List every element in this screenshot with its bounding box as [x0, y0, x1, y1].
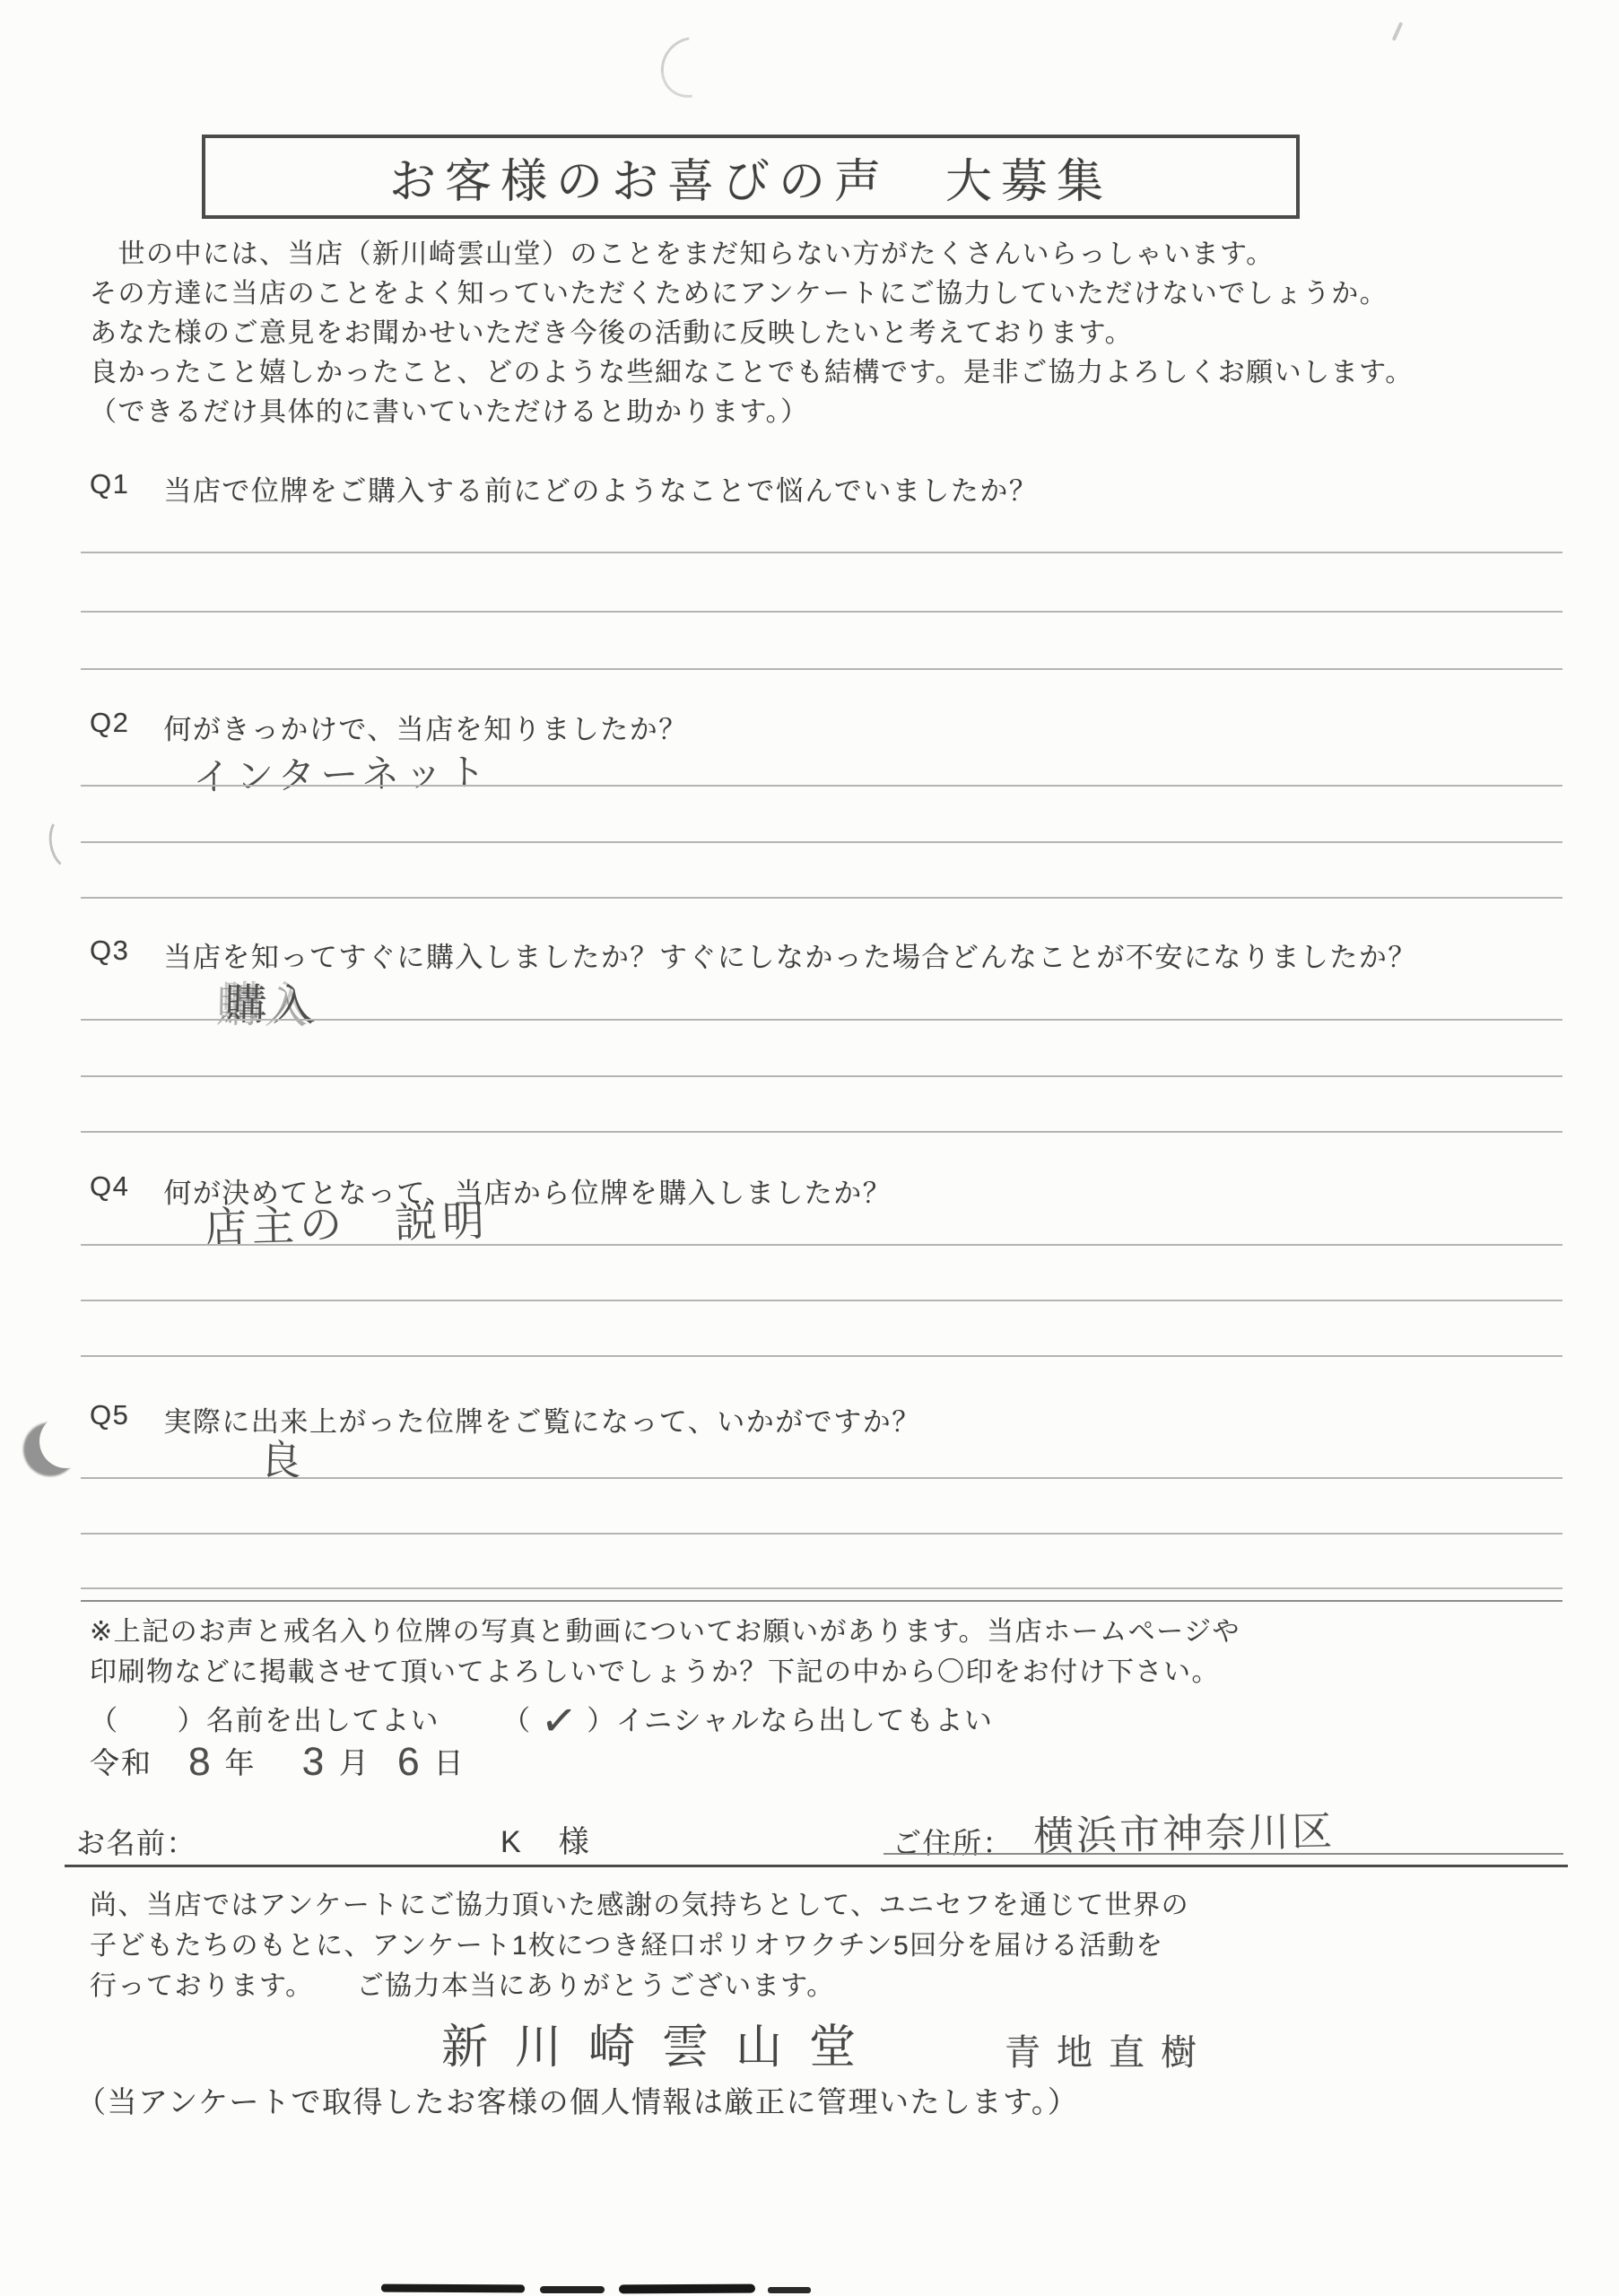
question-number: Q2 [90, 707, 129, 747]
day-unit: 日 [433, 1740, 465, 1782]
question-text: 何がきっかけで、当店を知りましたか？ [163, 707, 687, 747]
scan-tick-artifact [1392, 22, 1404, 41]
shop-name: 新川崎雲山堂 [441, 2014, 883, 2082]
era-label: 令和 [90, 1740, 152, 1782]
owner-name: 青地直樹 [1005, 2027, 1213, 2079]
paren-open: （ [502, 1698, 532, 1738]
publish-options-row: （ ）名前を出してよい （ ✓ ） イニシャルなら出してもよい [90, 1698, 993, 1738]
section-divider-line [81, 1600, 1562, 1602]
question-text: 当店で位牌をご購入する前にどのようなことで悩んでいましたか？ [163, 468, 1038, 509]
scan-streak-artifact [540, 2286, 605, 2293]
scan-streak-artifact [381, 2284, 525, 2293]
title-box: お客様のお喜びの声 大募集 [202, 135, 1300, 219]
handwritten-checkmark: ✓ [541, 1720, 578, 1724]
address-field-label: ご住所： [892, 1822, 1013, 1864]
intro-line: あなた様のご意見をお聞かせいただき今後の活動に反映したいと考えております。 [90, 314, 1133, 353]
answer-line [81, 1477, 1562, 1479]
answer-line [81, 1533, 1562, 1535]
footer-line: 子どもたちのもとに、アンケート1枚につき経口ポリオワクチン5回分を届ける活動を [90, 1926, 1164, 1966]
intro-line: 世の中には、当店（新川崎雲山堂）のことをまだ知らない方がたくさんいらっしゃいます… [90, 235, 1275, 274]
month-unit: 月 [339, 1740, 370, 1782]
scanned-survey-sheet: お客様のお喜びの声 大募集 世の中には、当店（新川崎雲山堂）のことをまだ知らない… [0, 0, 1619, 2296]
handwritten-day: 6 [397, 1762, 421, 1763]
scan-streak-artifact [619, 2284, 755, 2294]
handwritten-answer-q3: 購入 [223, 970, 321, 1033]
name-field-label: お名前： [76, 1822, 196, 1864]
answer-line [81, 1131, 1562, 1133]
scan-curl-artifact [648, 25, 733, 110]
answer-line [81, 1019, 1562, 1021]
address-underline [883, 1853, 1563, 1855]
question-block-q5: Q5 実際に出来上がった位牌をご覧になって、いかがですか？ [90, 1399, 921, 1439]
question-number: Q5 [90, 1399, 129, 1439]
permission-note-line: 印刷物などに掲載させて頂いてよろしいでしょうか？下記の中から〇印をお付け下さい。 [90, 1653, 1220, 1692]
answer-line [81, 611, 1562, 613]
scan-streak-artifact [768, 2287, 811, 2293]
publish-option-name: （ ）名前を出してよい [90, 1698, 440, 1738]
paren-close: ） [587, 1698, 616, 1738]
answer-line [81, 552, 1562, 553]
scan-curl-artifact [45, 812, 91, 873]
intro-line: その方達に当店のことをよく知っていただくためにアンケートにご協力していただけない… [90, 274, 1388, 314]
permission-note-line: ※上記のお声と戒名入り位牌の写真と動画についてお願いがあります。当店ホームページ… [90, 1613, 1240, 1652]
intro-line: 良かったこと嬉しかったこと、どのような些細なことでも結構です。是非ご協力よろしく… [90, 353, 1414, 393]
answer-line [81, 1075, 1562, 1077]
answer-line [81, 897, 1562, 899]
field-underline [65, 1865, 1568, 1867]
question-block-q1: Q1 当店で位牌をご購入する前にどのようなことで悩んでいましたか？ [90, 468, 1038, 509]
question-number: Q4 [90, 1170, 129, 1211]
publish-option-initial: イニシャルなら出してもよい [616, 1698, 994, 1738]
handwritten-answer-q2: インターネット [193, 743, 492, 802]
answer-line [81, 668, 1562, 670]
privacy-note: （当アンケートで取得したお客様の個人情報は厳正に管理いたします。） [76, 2081, 1078, 2124]
year-unit: 年 [224, 1740, 256, 1782]
scan-crescent-mask [39, 1414, 93, 1468]
question-number: Q3 [90, 935, 129, 975]
handwritten-month: 3 [303, 1761, 326, 1762]
question-block-q3: Q3 当店を知ってすぐに購入しましたか？すぐにしなかった場合どんなことが不安にな… [90, 935, 1417, 975]
question-text: 当店を知ってすぐに購入しましたか？すぐにしなかった場合どんなことが不安になりまし… [163, 935, 1417, 975]
date-line: 令和 8 年 3 月 6 日 [90, 1740, 465, 1782]
footer-line: 尚、当店ではアンケートにご協力頂いた感謝の気持ちとして、ユニセフを通じて世界の [90, 1886, 1189, 1926]
answer-line [81, 1300, 1562, 1301]
answer-line [81, 1355, 1562, 1357]
question-block-q2: Q2 何がきっかけで、当店を知りましたか？ [90, 707, 688, 747]
answer-line [81, 841, 1562, 843]
handwritten-year: 8 [188, 1762, 212, 1763]
page-title: お客様のお喜びの声 大募集 [389, 143, 1112, 211]
answer-line [81, 1244, 1562, 1246]
question-number: Q1 [90, 468, 129, 509]
intro-line: （できるだけ具体的に書いていただけると助かります。） [90, 393, 809, 432]
name-field-value: K 様 [500, 1821, 593, 1865]
answer-line [81, 1587, 1562, 1589]
footer-line: 行っております。 ご協力本当にありがとうございます。 [90, 1967, 835, 2006]
answer-line [81, 785, 1562, 787]
